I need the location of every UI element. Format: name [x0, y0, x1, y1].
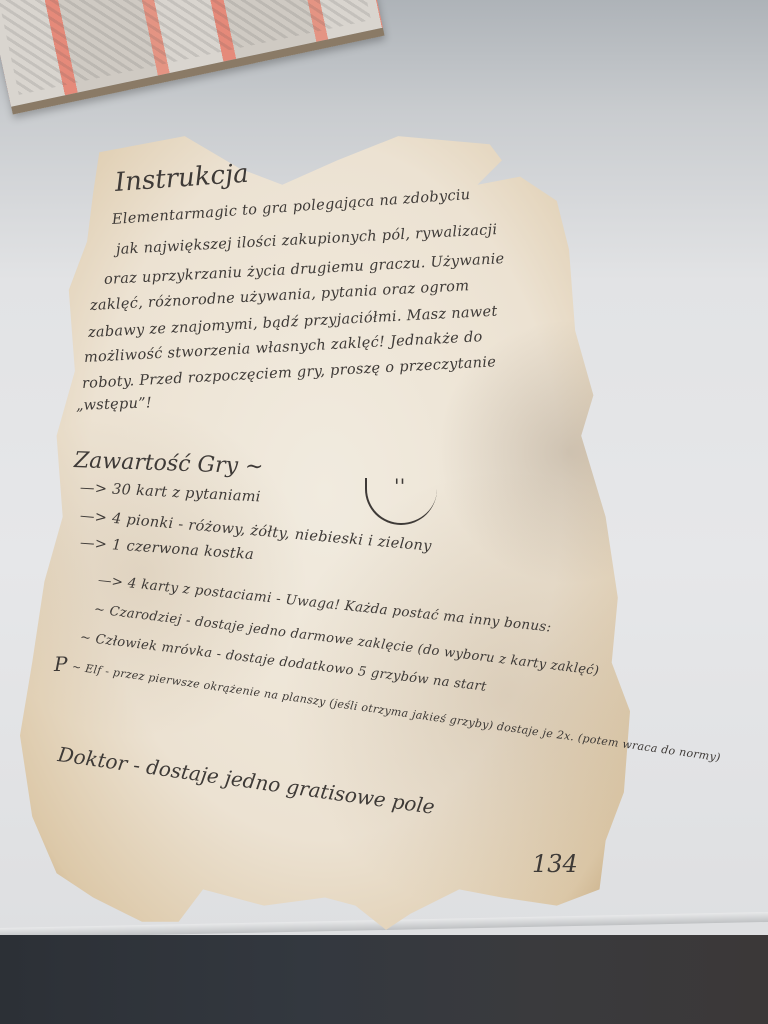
- floor: [0, 935, 768, 1024]
- intro-line: „wstępu”!: [76, 395, 153, 414]
- margin-letter: P: [54, 652, 67, 676]
- page-number: 134: [532, 850, 578, 878]
- smiley-eyes: '': [394, 474, 406, 498]
